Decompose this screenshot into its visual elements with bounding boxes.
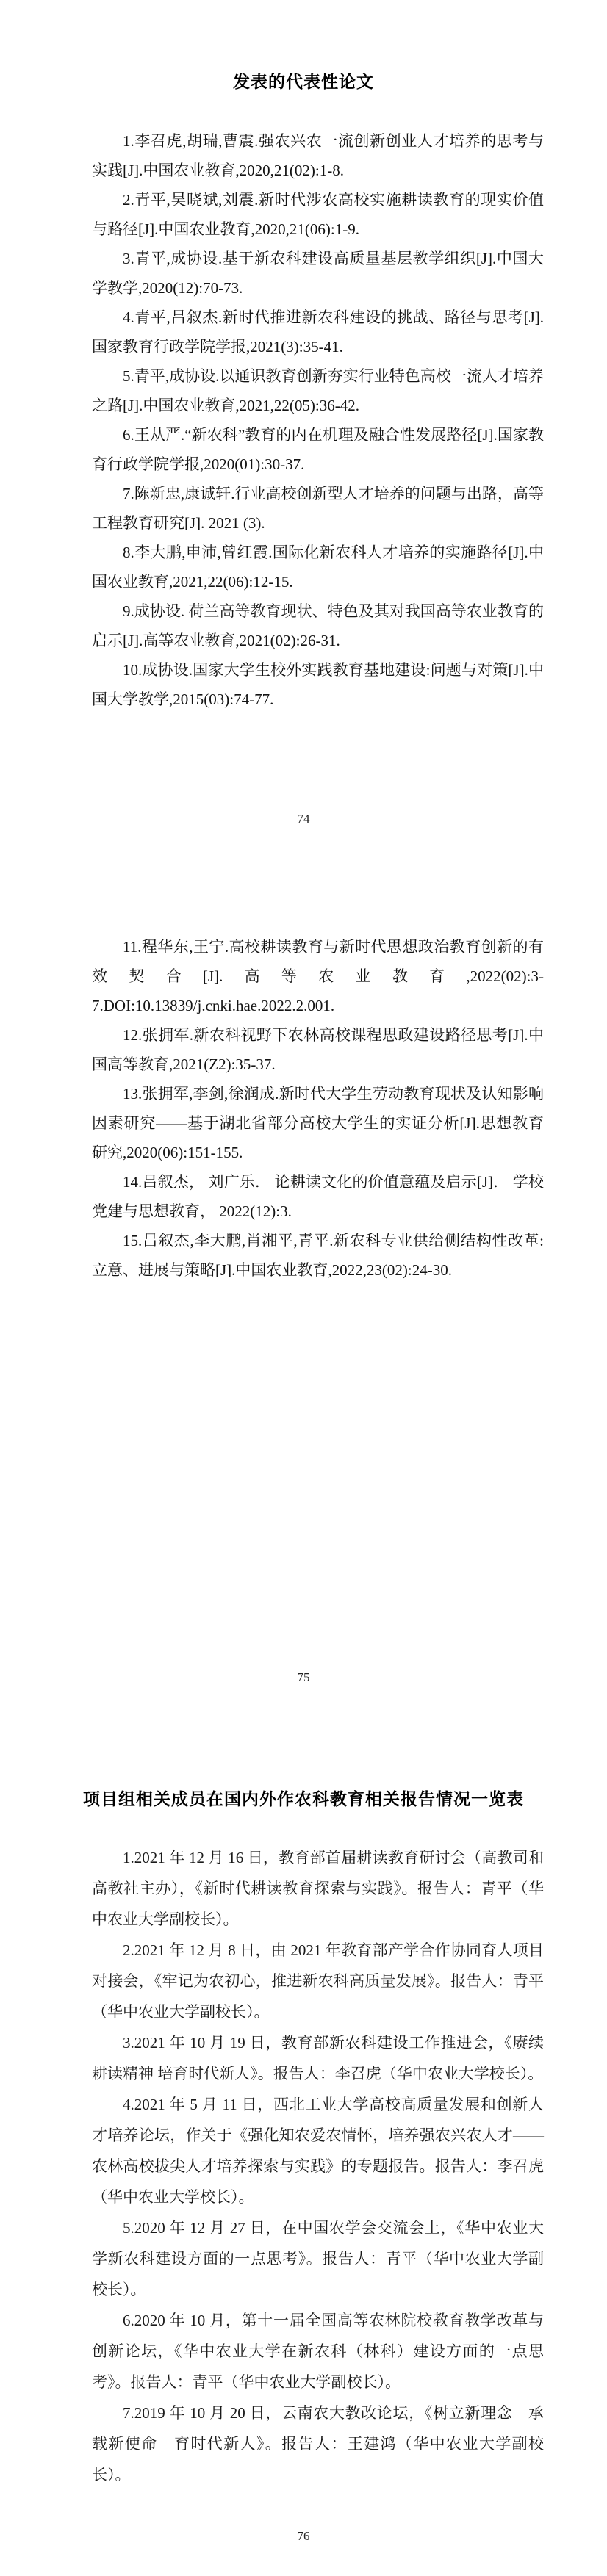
report-item: 2.2021 年 12 月 8 日，由 2021 年教育部产学合作协同育人项目对… <box>92 1935 544 2027</box>
reference-item: 11.程华东,王宁.高校耕读教育与新时代思想政治教育创新的有效契合[J].高等农… <box>92 932 544 1020</box>
report-item: 6.2020 年 10 月，第十一届全国高等农林院校教育教学改革与创新论坛，《华… <box>92 2305 544 2398</box>
report-item: 7.2019 年 10 月 20 日，云南农大教改论坛，《树立新理念 承载新使命… <box>92 2398 544 2490</box>
reference-item: 2.青平,吴晓斌,刘震.新时代涉农高校实施耕读教育的现实价值与路径[J].中国农… <box>92 185 544 244</box>
page-76-content: 1.2021 年 12 月 16 日，教育部首届耕读教育研讨会（高教司和高教社主… <box>0 1842 607 2490</box>
reference-item: 10.成协设.国家大学生校外实践教育基地建设:问题与对策[J].中国大学教学,2… <box>92 655 544 714</box>
reference-item: 14.吕叙杰， 刘广乐． 论耕读文化的价值意蕴及启示[J]． 学校党建与思想教育… <box>92 1167 544 1226</box>
page-number: 76 <box>0 2529 607 2544</box>
reference-item: 8.李大鹏,申沛,曾红霞.国际化新农科人才培养的实施路径[J].中国农业教育,2… <box>92 538 544 596</box>
page-75-content: 11.程华东,王宁.高校耕读教育与新时代思想政治教育创新的有效契合[J].高等农… <box>0 932 607 1285</box>
report-item: 5.2020 年 12 月 27 日，在中国农学会交流会上，《华中农业大学新农科… <box>92 2212 544 2305</box>
reference-item: 3.青平,成协设.基于新农科建设高质量基层教学组织[J].中国大学教学,2020… <box>92 244 544 303</box>
reference-item: 13.张拥军,李剑,徐润成.新时代大学生劳动教育现状及认知影响因素研究——基于湖… <box>92 1079 544 1167</box>
reference-item: 1.李召虎,胡瑞,曹震.强农兴农一流创新创业人才培养的思考与实践[J].中国农业… <box>92 126 544 185</box>
report-item: 1.2021 年 12 月 16 日，教育部首届耕读教育研讨会（高教司和高教社主… <box>92 1842 544 1935</box>
document-page-74: 发表的代表性论文 1.李召虎,胡瑞,曹震.强农兴农一流创新创业人才培养的思考与实… <box>0 0 607 859</box>
page-number: 74 <box>0 812 607 826</box>
report-item: 3.2021 年 10 月 19 日，教育部新农科建设工作推进会，《赓续耕读精神… <box>92 2027 544 2089</box>
report-item: 4.2021 年 5 月 11 日，西北工业大学高校高质量发展和创新人才培养论坛… <box>92 2089 544 2212</box>
document-page-75: 11.程华东,王宁.高校耕读教育与新时代思想政治教育创新的有效契合[J].高等农… <box>0 859 607 1717</box>
reference-item: 5.青平,成协设.以通识教育创新夯实行业特色高校一流人才培养之路[J].中国农业… <box>92 361 544 420</box>
reference-item: 4.青平,吕叙杰.新时代推进新农科建设的挑战、路径与思考[J].国家教育行政学院… <box>92 303 544 361</box>
page-title-representative-papers: 发表的代表性论文 <box>0 0 607 93</box>
page-number: 75 <box>0 1670 607 1685</box>
reference-item: 7.陈新忠,康诚轩.行业高校创新型人才培养的问题与出路，高等工程教育研究[J].… <box>92 479 544 538</box>
reference-item: 6.王从严.“新农科”教育的内在机理及融合性发展路径[J].国家教育行政学院学报… <box>92 420 544 479</box>
reference-item: 9.成协设. 荷兰高等教育现状、特色及其对我国高等农业教育的启示[J].高等农业… <box>92 596 544 655</box>
reference-item: 12.张拥军.新农科视野下农林高校课程思政建设路径思考[J].中国高等教育,20… <box>92 1020 544 1079</box>
reference-item: 15.吕叙杰,李大鹏,肖湘平,青平.新农科专业供给侧结构性改革:立意、进展与策略… <box>92 1226 544 1285</box>
page-title-reports-overview: 项目组相关成员在国内外作农科教育相关报告情况一览表 <box>0 1717 607 1810</box>
page-74-content: 1.李召虎,胡瑞,曹震.强农兴农一流创新创业人才培养的思考与实践[J].中国农业… <box>0 126 607 714</box>
document-view: 发表的代表性论文 1.李召虎,胡瑞,曹震.强农兴农一流创新创业人才培养的思考与实… <box>0 0 607 2576</box>
document-page-76: 项目组相关成员在国内外作农科教育相关报告情况一览表 1.2021 年 12 月 … <box>0 1717 607 2576</box>
